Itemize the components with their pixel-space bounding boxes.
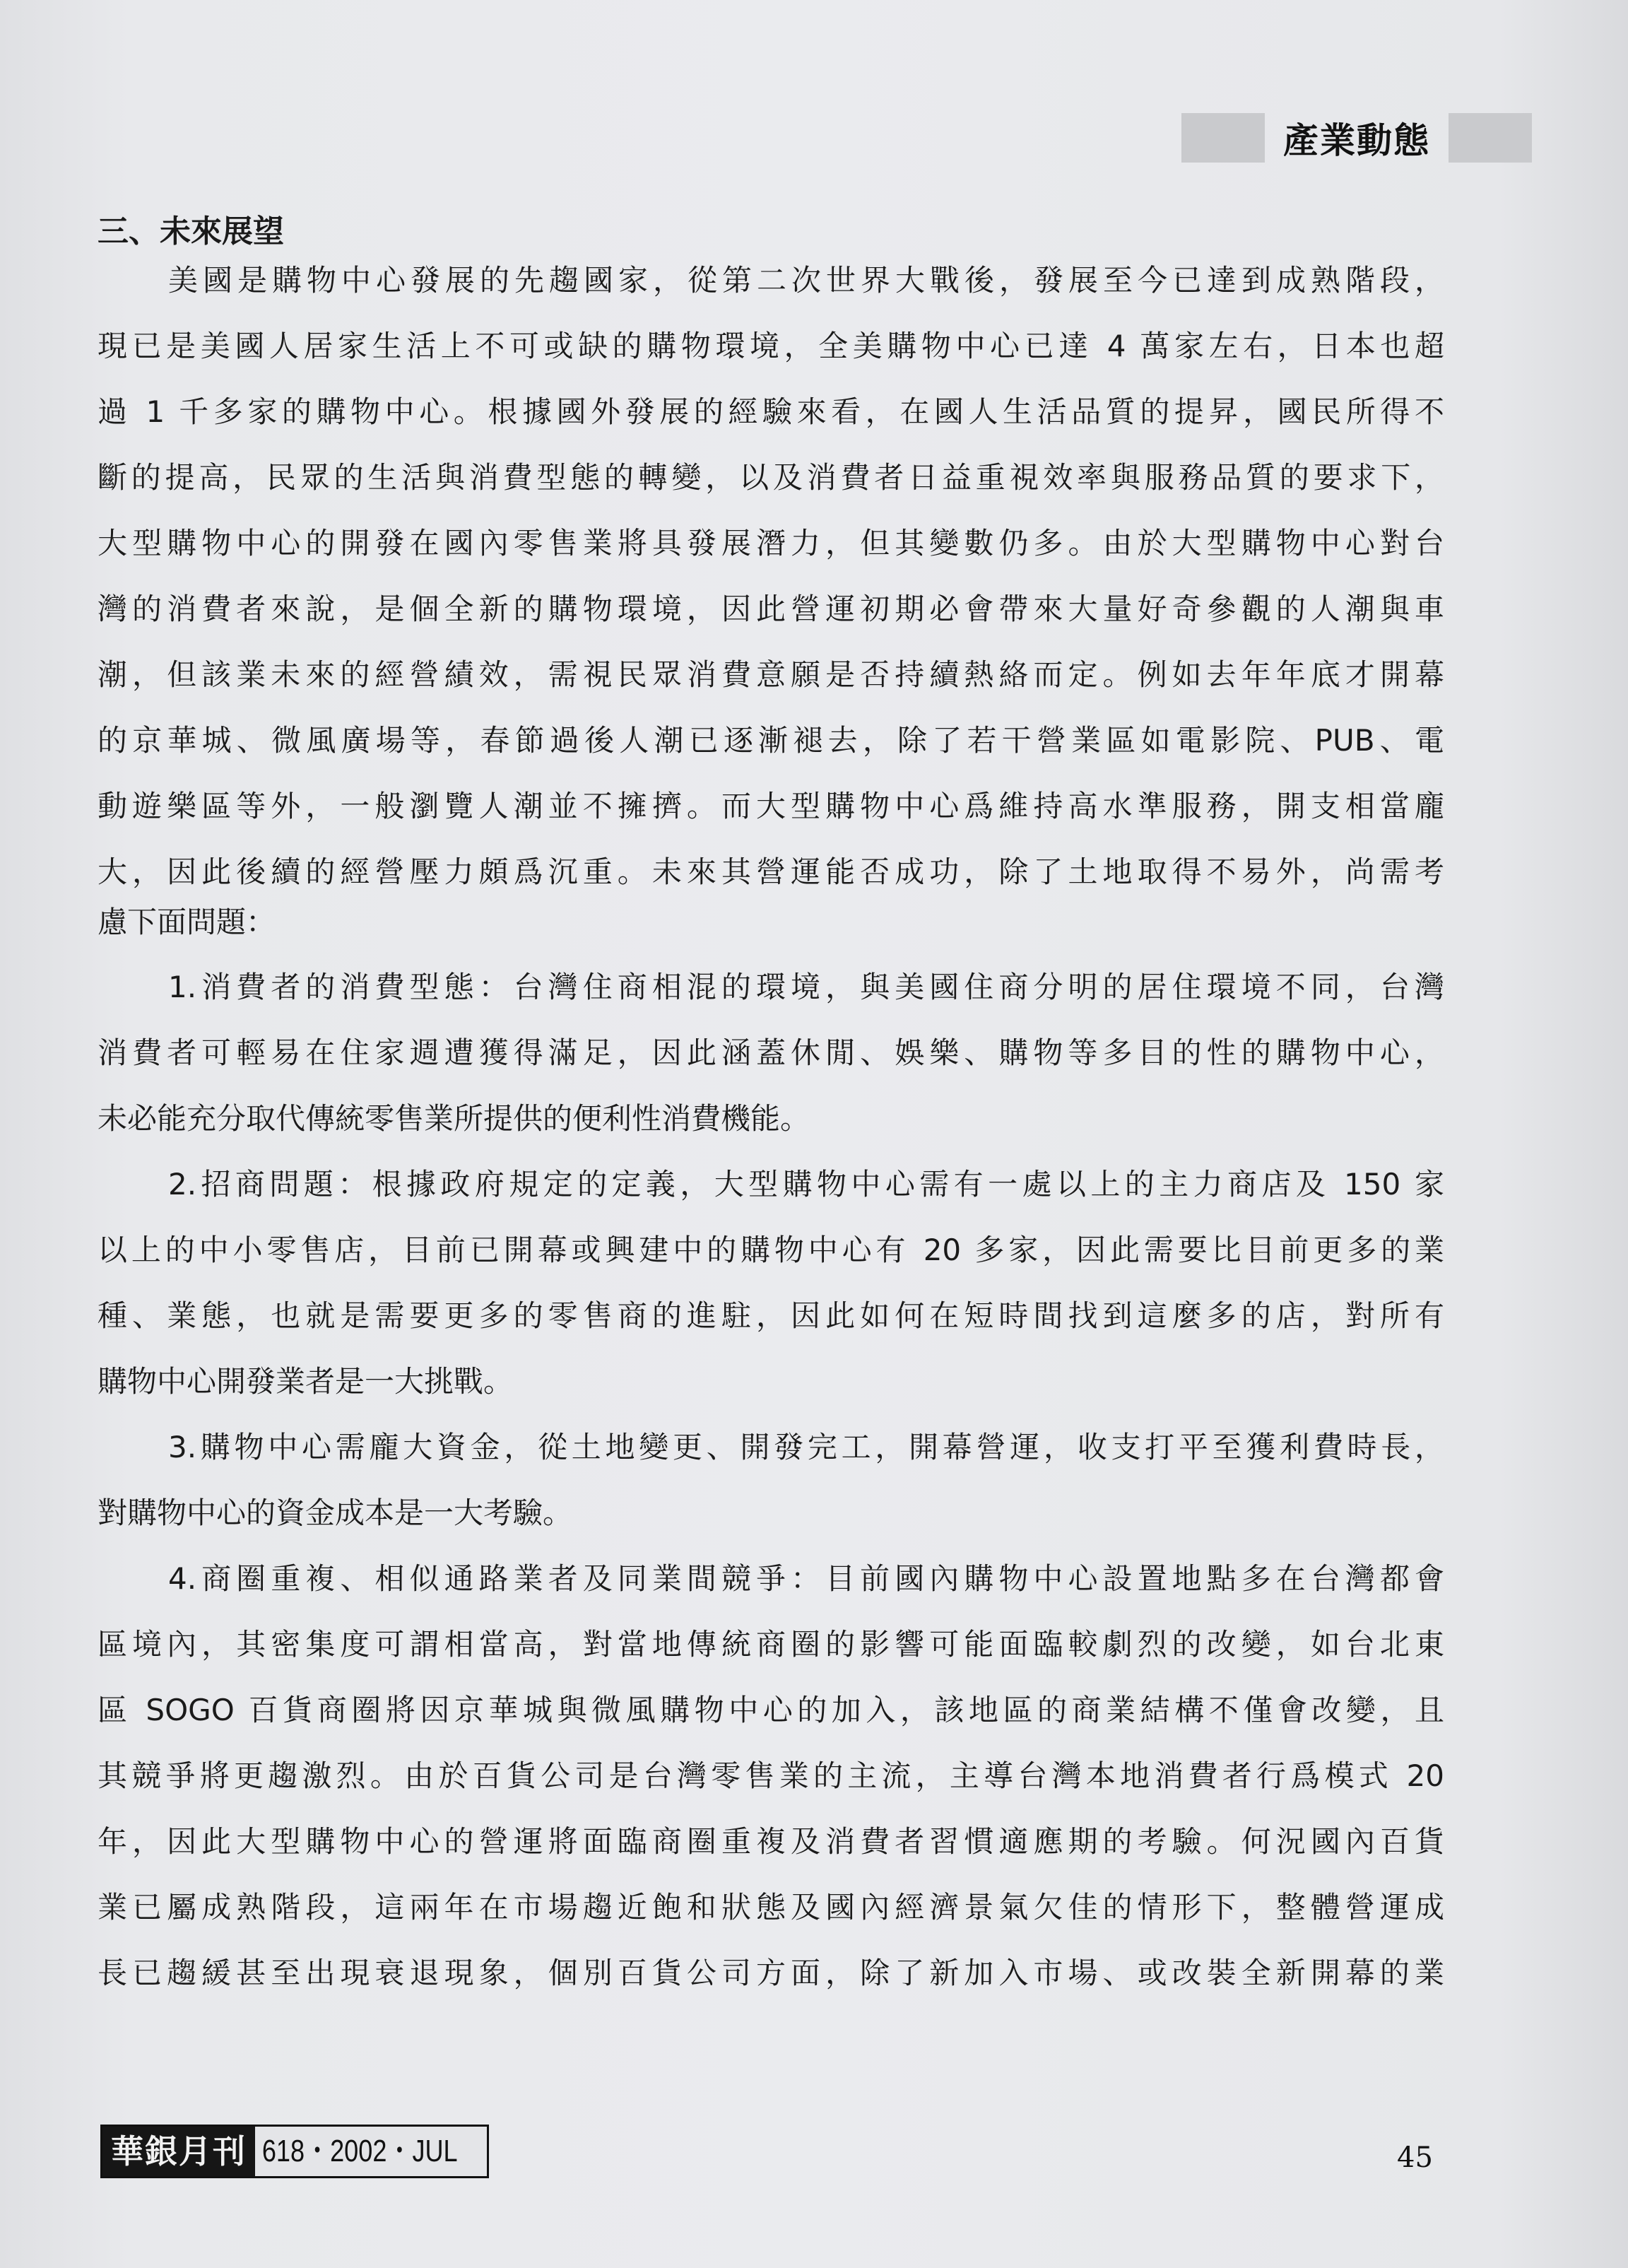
text-line: 3.購物中心需龐大資金，從土地變更、開發完工，開幕營運，收支打平至獲利費時長， xyxy=(98,1414,1444,1480)
text-line: 灣的消費者來說，是個全新的購物環境，因此營運初期必會帶來大量好奇參觀的人潮與車 xyxy=(98,576,1444,642)
text-line: 對購物中心的資金成本是一大考驗。 xyxy=(98,1480,1444,1546)
text-line: 購物中心開發業者是一大挑戰。 xyxy=(98,1349,1444,1414)
section-header-tag: 產業動態 xyxy=(1181,113,1532,163)
text-line: 未必能充分取代傳統零售業所提供的便利性消費機能。 xyxy=(98,1086,1444,1151)
text-line: 潮，但該業未來的經營績效，需視民眾消費意願是否持續熱絡而定。例如去年年底才開幕 xyxy=(98,642,1444,707)
text-line: 大型購物中心的開發在國內零售業將具發展潛力，但其變數仍多。由於大型購物中心對台 xyxy=(98,510,1444,576)
paragraph-intro: 美國是購物中心發展的先趨國家，從第二次世界大戰後，發展至今已達到成熟階段， 現已… xyxy=(98,247,1444,954)
header-decor-bar-right xyxy=(1449,113,1532,163)
document-page: 產業動態 三、未來展望 美國是購物中心發展的先趨國家，從第二次世界大戰後，發展至… xyxy=(0,0,1628,2268)
text-line: 消費者可輕易在住家週遭獲得滿足，因此涵蓋休閒、娛樂、購物等多目的性的購物中心， xyxy=(98,1020,1444,1086)
text-line: 業已屬成熟階段，這兩年在市場趨近飽和狀態及國內經濟景氣欠佳的情形下，整體營運成 xyxy=(98,1874,1444,1940)
issue-info: 618・2002・JUL xyxy=(255,2127,445,2176)
text-line: 區 SOGO 百貨商圈將因京華城與微風購物中心的加入，該地區的商業結構不僅會改變… xyxy=(98,1677,1444,1743)
section-title: 三、未來展望 xyxy=(98,212,1444,252)
paragraph-point-1: 1.消費者的消費型態：台灣住商相混的環境，與美國住商分明的居住環境不同，台灣 消… xyxy=(98,954,1444,1151)
text-line: 過 1 千多家的購物中心。根據國外發展的經驗來看，在國人生活品質的提昇，國民所得… xyxy=(98,379,1444,445)
page-number: 45 xyxy=(1397,2141,1433,2174)
text-line: 動遊樂區等外，一般瀏覽人潮並不擁擠。而大型購物中心爲維持高水準服務，開支相當龐 xyxy=(98,773,1444,839)
text-line: 的京華城、微風廣場等，春節過後人潮已逐漸褪去，除了若干營業區如電影院、PUB、電 xyxy=(98,707,1444,773)
text-line: 長已趨緩甚至出現衰退現象，個別百貨公司方面，除了新加入市場、或改裝全新開幕的業 xyxy=(98,1940,1444,2006)
text-line: 其競爭將更趨激烈。由於百貨公司是台灣零售業的主流，主導台灣本地消費者行爲模式 2… xyxy=(98,1743,1444,1809)
text-line: 區境內，其密集度可謂相當高，對當地傳統商圈的影響可能面臨較劇烈的改變，如台北東 xyxy=(98,1611,1444,1677)
text-line: 2.招商問題：根據政府規定的定義，大型購物中心需有一處以上的主力商店及 150 … xyxy=(98,1151,1444,1217)
publication-badge: 華銀月刊 618・2002・JUL xyxy=(100,2125,489,2178)
text-line: 年，因此大型購物中心的營運將面臨商圈重複及消費者習慣適應期的考驗。何況國內百貨 xyxy=(98,1809,1444,1874)
text-line: 美國是購物中心發展的先趨國家，從第二次世界大戰後，發展至今已達到成熟階段， xyxy=(98,247,1444,313)
paragraph-point-3: 3.購物中心需龐大資金，從土地變更、開發完工，開幕營運，收支打平至獲利費時長， … xyxy=(98,1414,1444,1546)
text-line: 慮下面問題： xyxy=(98,905,1444,954)
section-tag-label: 產業動態 xyxy=(1265,112,1449,163)
header-decor-bar-left xyxy=(1181,113,1265,163)
text-line: 以上的中小零售店，目前已開幕或興建中的購物中心有 20 多家，因此需要比目前更多… xyxy=(98,1217,1444,1283)
paragraph-point-4: 4.商圈重複、相似通路業者及同業間競爭：目前國內購物中心設置地點多在台灣都會 區… xyxy=(98,1546,1444,2006)
text-line: 種、業態，也就是需要更多的零售商的進駐，因此如何在短時間找到這麼多的店，對所有 xyxy=(98,1283,1444,1349)
article-body: 三、未來展望 美國是購物中心發展的先趨國家，從第二次世界大戰後，發展至今已達到成… xyxy=(98,212,1444,2006)
publication-name: 華銀月刊 xyxy=(102,2127,255,2176)
text-line: 斷的提高，民眾的生活與消費型態的轉變，以及消費者日益重視效率與服務品質的要求下， xyxy=(98,445,1444,510)
text-line: 大，因此後續的經營壓力頗爲沉重。未來其營運能否成功，除了土地取得不易外，尚需考 xyxy=(98,839,1444,905)
paragraph-point-2: 2.招商問題：根據政府規定的定義，大型購物中心需有一處以上的主力商店及 150 … xyxy=(98,1151,1444,1414)
text-line: 4.商圈重複、相似通路業者及同業間競爭：目前國內購物中心設置地點多在台灣都會 xyxy=(98,1546,1444,1611)
text-line: 1.消費者的消費型態：台灣住商相混的環境，與美國住商分明的居住環境不同，台灣 xyxy=(98,954,1444,1020)
text-line: 現已是美國人居家生活上不可或缺的購物環境，全美購物中心已達 4 萬家左右，日本也… xyxy=(98,313,1444,379)
